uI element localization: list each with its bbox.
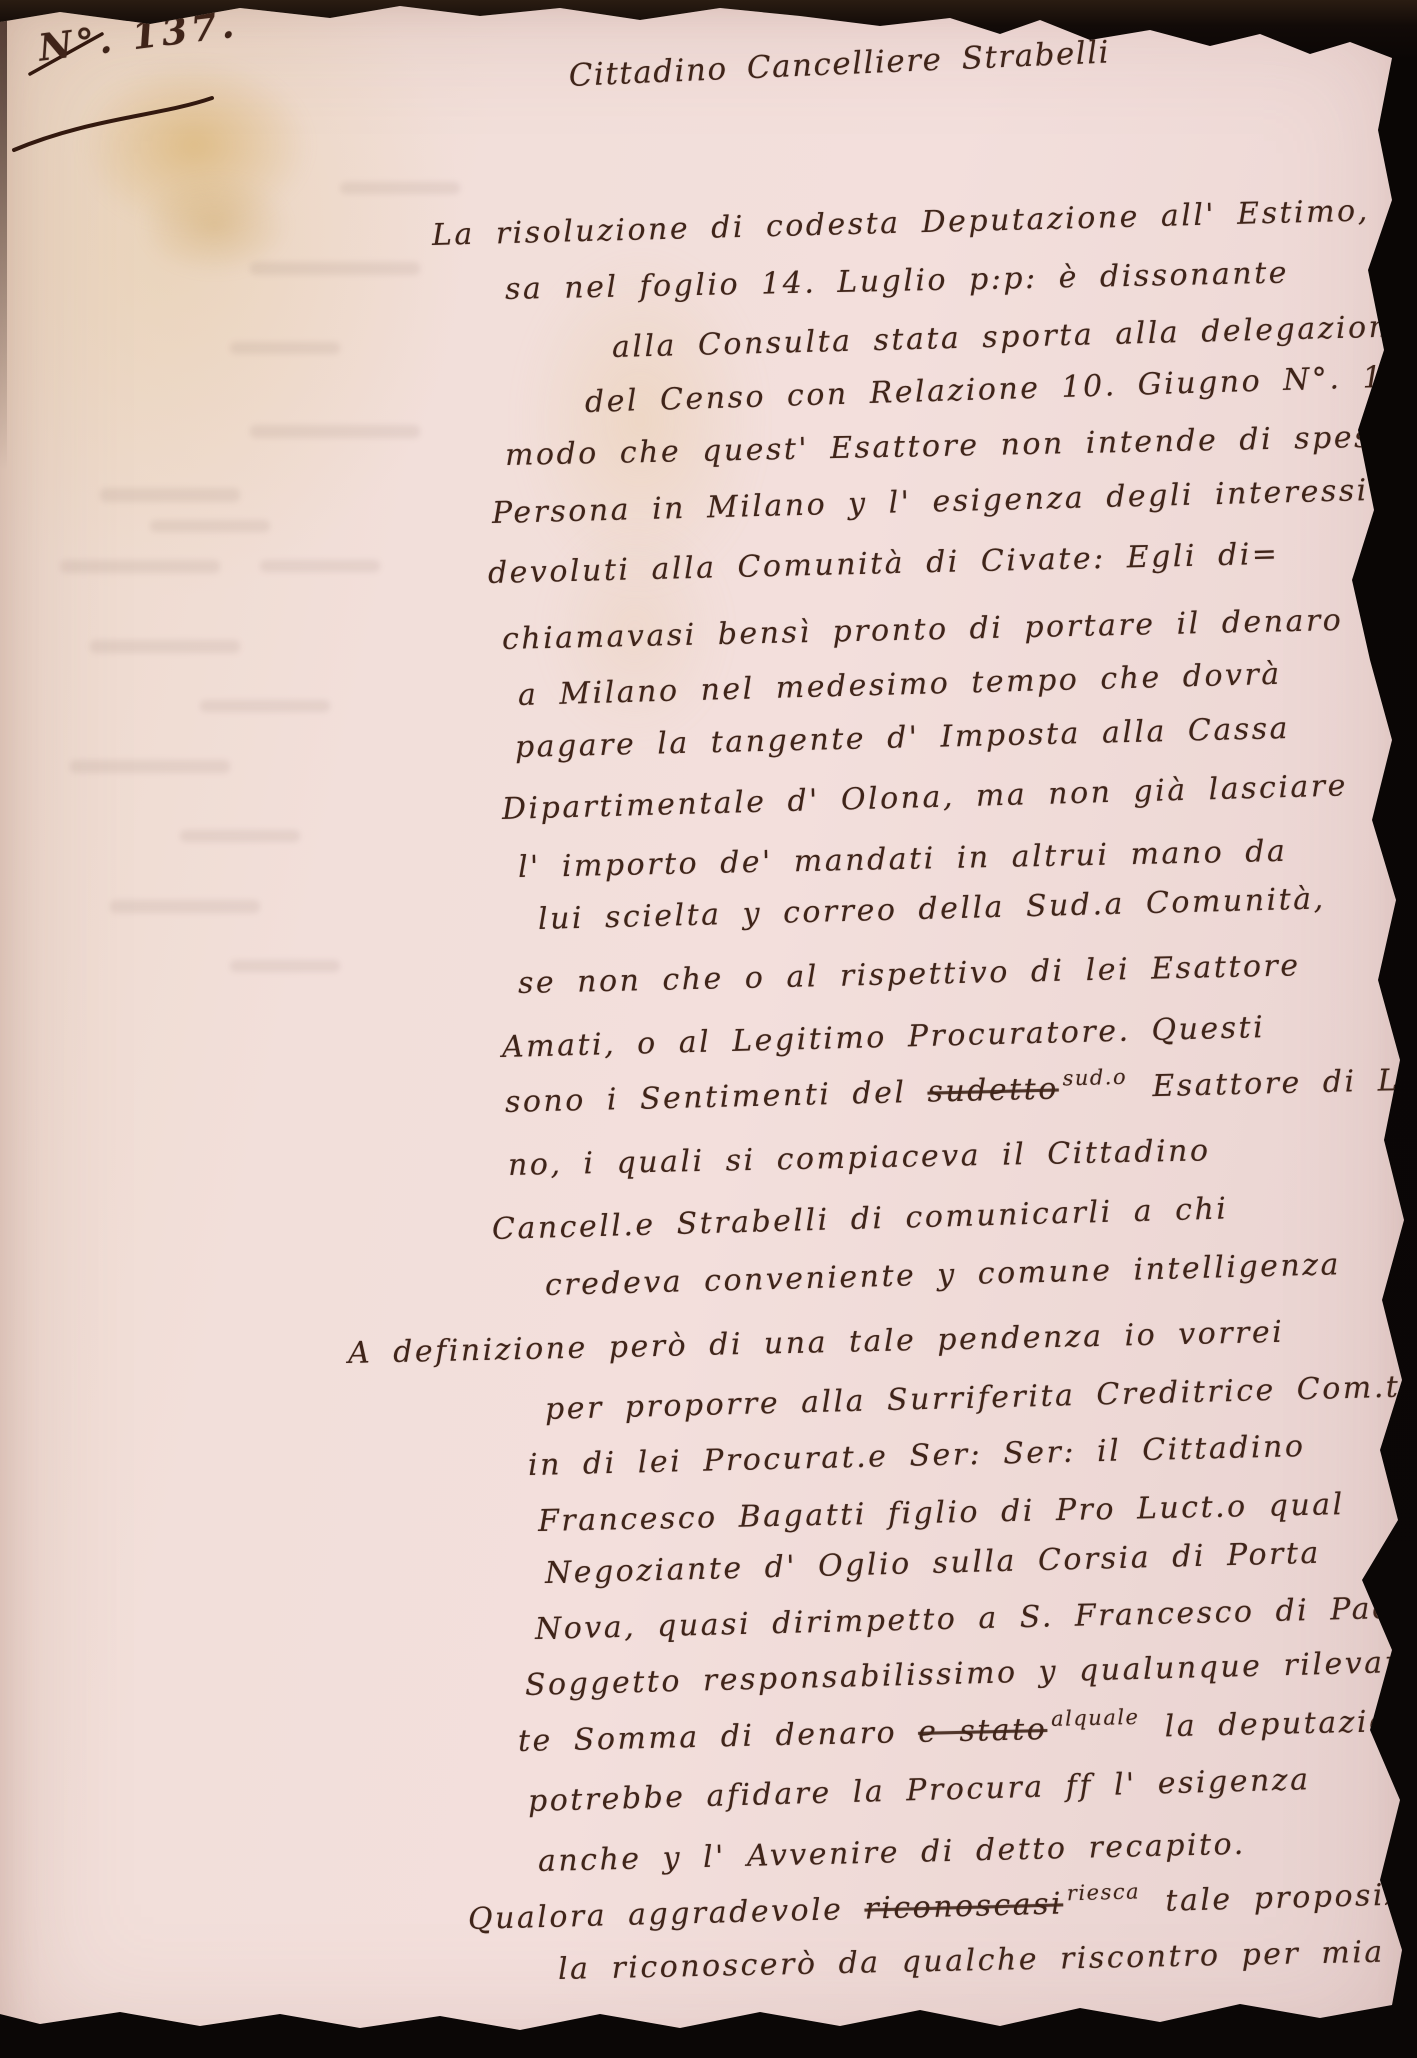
line-text: per proporre alla Surriferita Creditrice… [545, 1369, 1417, 1427]
bleed-through-mark [60, 560, 220, 573]
manuscript-line: La risoluzione di codesta Deputazione al… [432, 189, 1417, 253]
line-text: chiamavasi bensì pronto di portare il de… [502, 603, 1344, 657]
interlinear-insertion: alquale [1051, 1705, 1140, 1731]
scanned-manuscript: N°. 137. Cittadino Cancelliere Strabelli… [0, 0, 1417, 2058]
line-text: sa nel foglio 14. Luglio p:p: è dissonan… [505, 256, 1290, 307]
bleed-through-mark [150, 520, 270, 532]
bleed-through-mark [90, 640, 240, 653]
manuscript-line: se non che o al rispettivo di lei Esatto… [518, 948, 1301, 1001]
manuscript-line: credeva conveniente y comune intelligenz… [545, 1247, 1342, 1303]
document-number: N°. 137. [36, 2, 240, 70]
line-text: Negoziante d' Oglio sulla Corsia di Port… [545, 1536, 1322, 1591]
line-text: modo che quest' Esattore non intende di … [505, 418, 1417, 473]
line-text: potrebbe afidare la Procura ff l' esigen… [528, 1762, 1311, 1819]
line-text: La risoluzione di codesta Deputazione al… [432, 189, 1417, 253]
manuscript-line: in di lei Procurat.e Ser: Ser: il Cittad… [528, 1429, 1306, 1483]
manuscript-line: pagare la tangente d' Imposta alla Cassa [515, 711, 1291, 765]
interlinear-insertion: riesca [1067, 1879, 1141, 1905]
struck-text: sudetto [927, 1071, 1059, 1109]
line-text: Esattore di Legna= [1131, 1060, 1417, 1104]
bleed-through-mark [110, 900, 260, 913]
manuscript-line: lui scielta y correo della Sud.a Comunit… [538, 881, 1326, 937]
line-text: no, i quali si compiaceva il Cittadino [508, 1133, 1211, 1183]
paper-stain [80, 60, 310, 230]
paper-stain [140, 175, 290, 275]
bleed-through-mark [180, 830, 300, 842]
line-text: l' importo de' mandati in altrui mano da [518, 834, 1288, 885]
page-edge-shadow [0, 0, 7, 470]
line-text: se non che o al rispettivo di lei Esatto… [518, 948, 1301, 1001]
manuscript-line: Dipartimentale d' Olona, ma non già lasc… [502, 768, 1349, 827]
line-text: A definizione però di una tale pendenza … [348, 1315, 1285, 1371]
manuscript-line: Amati, o al Legitimo Procuratore. Questi [502, 1010, 1266, 1065]
manuscript-line: l' importo de' mandati in altrui mano da [518, 834, 1288, 885]
bleed-through-mark [260, 560, 380, 572]
line-text: Persona in Milano y l' esigenza degli in… [492, 473, 1370, 531]
bleed-through-mark [250, 262, 420, 275]
manuscript-line: Soggetto responsabilissimo y qualunque r… [525, 1644, 1417, 1703]
manuscript-line: Negoziante d' Oglio sulla Corsia di Port… [545, 1536, 1322, 1591]
bleed-through-mark [230, 960, 340, 972]
manuscript-line: Cancell.e Strabelli di comunicarli a chi [492, 1191, 1229, 1247]
manuscript-line: per proporre alla Surriferita Creditrice… [545, 1369, 1417, 1427]
manuscript-line: devoluti alla Comunità di Civate: Egli d… [488, 537, 1280, 591]
line-text: lui scielta y correo della Sud.a Comunit… [538, 881, 1326, 937]
manuscript-line: alla Consulta stata sporta alla delegazi… [612, 309, 1412, 365]
manuscript-line: A definizione però di una tale pendenza … [348, 1315, 1285, 1371]
line-text: del Censo con Relazione 10. Giugno N°. 1… [584, 356, 1417, 420]
line-text: in di lei Procurat.e Ser: Ser: il Cittad… [528, 1429, 1306, 1483]
line-text: devoluti alla Comunità di Civate: Egli d… [488, 537, 1280, 591]
manuscript-line: te Somma di denaro e statoalquale la dep… [518, 1703, 1417, 1759]
manuscript-line: potrebbe afidare la Procura ff l' esigen… [528, 1762, 1311, 1819]
manuscript-line: sa nel foglio 14. Luglio p:p: è dissonan… [505, 256, 1290, 307]
line-text: sono i Sentimenti del [505, 1075, 928, 1120]
bleed-through-mark [100, 488, 240, 502]
bleed-through-mark [340, 182, 460, 194]
manuscript-line: chiamavasi bensì pronto di portare il de… [502, 603, 1344, 657]
line-text: pagare la tangente d' Imposta alla Cassa [515, 711, 1291, 765]
manuscript-line: no, i quali si compiaceva il Cittadino [508, 1133, 1211, 1183]
line-text: Soggetto responsabilissimo y qualunque r… [525, 1644, 1417, 1703]
line-text: la deputazione [1143, 1703, 1417, 1745]
line-text: tale proposizion [1144, 1876, 1417, 1919]
manuscript-line: anche y l' Avvenire di detto recapito. [538, 1827, 1246, 1879]
manuscript-line: del Censo con Relazione 10. Giugno N°. 1… [584, 356, 1417, 420]
line-text: te Somma di denaro [518, 1715, 919, 1759]
manuscript-line: Francesco Bagatti figlio di Pro Luct.o q… [538, 1487, 1345, 1539]
manuscript-line: sono i Sentimenti del sudettosud.o Esatt… [505, 1060, 1417, 1120]
line-text: a Milano nel medesimo tempo che dovrà [518, 657, 1283, 713]
line-text: alla Consulta stata sporta alla delegazi… [612, 309, 1412, 365]
line-text: anche y l' Avvenire di detto recapito. [538, 1827, 1246, 1879]
bleed-through-mark [70, 760, 230, 773]
manuscript-page: N°. 137. Cittadino Cancelliere Strabelli… [0, 0, 1417, 2058]
line-text: Qualora aggradevole [468, 1892, 865, 1937]
line-text: Dipartimentale d' Olona, ma non già lasc… [502, 768, 1349, 827]
struck-text: riconoscasi [864, 1886, 1064, 1926]
line-text: credeva conveniente y comune intelligenz… [545, 1247, 1342, 1303]
line-text: Nova, quasi dirimpetto a S. Francesco di… [535, 1590, 1417, 1647]
manuscript-line: Nova, quasi dirimpetto a S. Francesco di… [535, 1590, 1417, 1647]
manuscript-line: modo che quest' Esattore non intende di … [505, 418, 1417, 473]
manuscript-line: Qualora aggradevole riconoscasiriesca ta… [468, 1876, 1417, 1937]
struck-text: e stato [918, 1712, 1048, 1750]
interlinear-insertion: sud.o [1062, 1065, 1127, 1091]
bleed-through-mark [230, 342, 340, 354]
line-text: Amati, o al Legitimo Procuratore. Questi [502, 1010, 1266, 1065]
manuscript-line: la riconoscerò da qualche riscontro per … [558, 1935, 1385, 1987]
bleed-through-mark [200, 700, 330, 712]
manuscript-line: Persona in Milano y l' esigenza degli in… [492, 473, 1370, 531]
line-text: Francesco Bagatti figlio di Pro Luct.o q… [538, 1487, 1345, 1539]
line-text: la riconoscerò da qualche riscontro per … [558, 1935, 1385, 1987]
salutation-line: Cittadino Cancelliere Strabelli [568, 34, 1111, 94]
line-text: Cancell.e Strabelli di comunicarli a chi [492, 1191, 1229, 1247]
bleed-through-mark [250, 425, 420, 438]
manuscript-line: a Milano nel medesimo tempo che dovrà [518, 657, 1283, 713]
